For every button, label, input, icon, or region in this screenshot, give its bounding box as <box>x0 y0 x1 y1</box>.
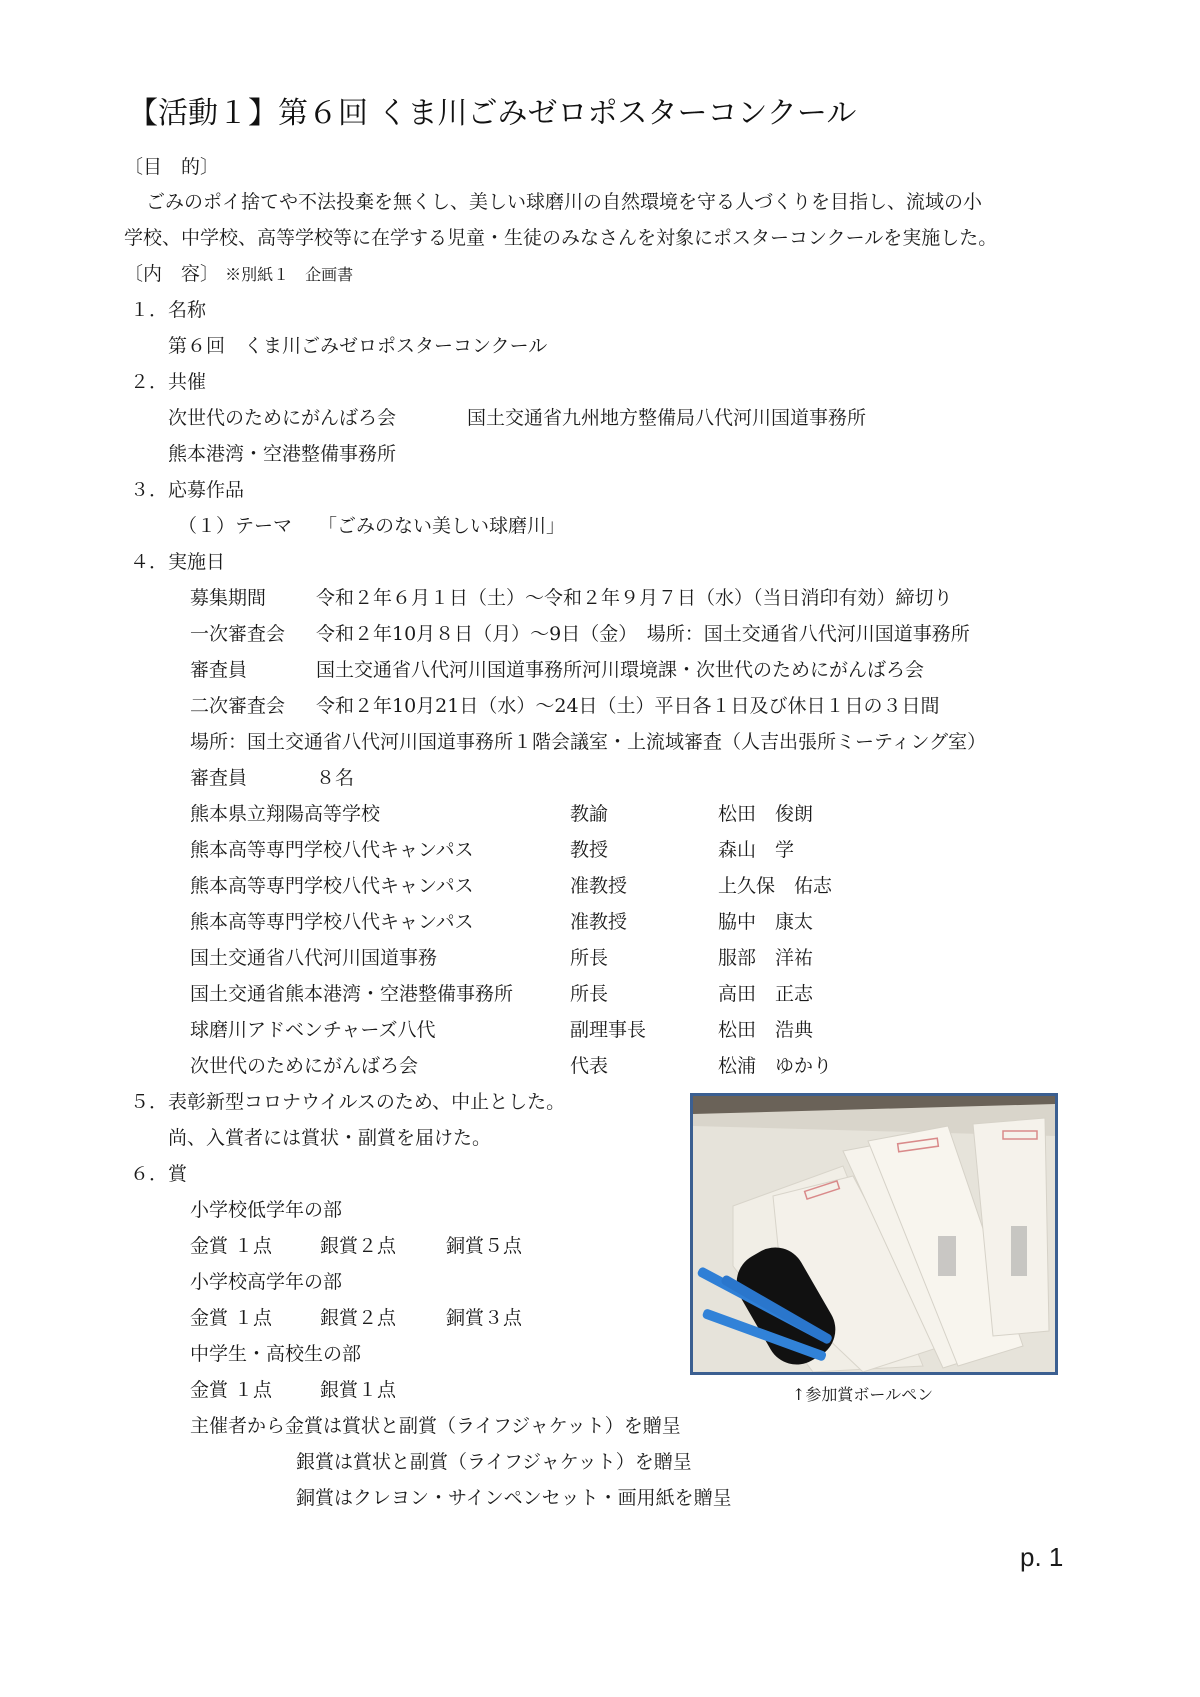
section-name-value: 第６回 くま川ごみゼロポスターコンクール <box>168 334 547 358</box>
purpose-line-2: 学校、中学校、高等学校等に在学する児童・生徒のみなさんを対象にポスターコンクール… <box>124 226 997 250</box>
judge-name: 松田 浩典 <box>718 1018 813 1042</box>
theme-label: （１）テーマ <box>178 514 292 538</box>
page-title: 【活動１】第６回 くま川ごみゼロポスターコンクール <box>128 88 856 132</box>
section-name-label: １．名称 <box>130 298 206 322</box>
judge-org: 熊本高等専門学校八代キャンパス <box>190 874 474 898</box>
section-cohost-label: ２．共催 <box>130 370 206 394</box>
purpose-line-1: ごみのポイ捨てや不法投棄を無くし、美しい球磨川の自然環境を守る人づくりを目指し、… <box>146 190 982 214</box>
judge-name: 森山 学 <box>718 838 794 862</box>
content-heading: 〔内 容〕 <box>124 263 219 285</box>
theme-value: 「ごみのない美しい球磨川」 <box>318 514 565 538</box>
division-name: 中学生・高校生の部 <box>190 1342 361 1366</box>
prize-photo <box>690 1093 1058 1375</box>
schedule-value: 国土交通省八代河川国道事務所河川環境課・次世代のためにがんばろ会 <box>316 658 924 682</box>
second-review-venue: 場所：国土交通省八代河川国道事務所１階会議室・上流域審査（人吉出張所ミーティング… <box>190 730 986 754</box>
bronze-award: 銅賞５点 <box>446 1234 522 1258</box>
judge-org: 次世代のためにがんばろ会 <box>190 1054 418 1078</box>
judge-role: 教諭 <box>570 802 608 826</box>
schedule-key: 二次審査会 <box>190 694 285 718</box>
schedule-key: 募集期間 <box>190 586 266 610</box>
judges-label: 審査員 <box>190 766 247 790</box>
judge-role: 所長 <box>570 946 608 970</box>
content-heading-row: 〔内 容〕 ※別紙１ 企画書 <box>124 262 353 287</box>
judge-org: 熊本高等専門学校八代キャンパス <box>190 910 474 934</box>
judge-name: 松浦 ゆかり <box>718 1054 832 1078</box>
silver-award: 銀賞２点 <box>320 1234 396 1258</box>
section-awards-label: ６．賞 <box>130 1162 187 1186</box>
judge-role: 代表 <box>570 1054 608 1078</box>
prize-line: 銀賞は賞状と副賞（ライフジャケット）を贈呈 <box>296 1450 692 1474</box>
ceremony-note: 尚、入賞者には賞状・副賞を届けた。 <box>168 1126 491 1150</box>
schedule-value: 令和２年10月８日（月）～9日（金） 場所：国土交通省八代河川国道事務所 <box>316 622 970 646</box>
judge-org: 熊本高等専門学校八代キャンパス <box>190 838 474 862</box>
judge-role: 教授 <box>570 838 608 862</box>
gold-award: 金賞 １点 <box>190 1234 272 1258</box>
judge-name: 上久保 佑志 <box>718 874 832 898</box>
judge-name: 松田 俊朗 <box>718 802 813 826</box>
judge-role: 副理事長 <box>570 1018 646 1042</box>
prize-line: 主催者から金賞は賞状と副賞（ライフジャケット）を贈呈 <box>190 1414 681 1438</box>
section-ceremony-label: ５．表彰新型コロナウイルスのため、中止とした。 <box>130 1090 565 1114</box>
gold-award: 金賞 １点 <box>190 1378 272 1402</box>
judge-name: 服部 洋祐 <box>718 946 813 970</box>
judge-role: 所長 <box>570 982 608 1006</box>
cohost-org-1: 次世代のためにがんばろ会 <box>168 406 396 430</box>
schedule-key: 一次審査会 <box>190 622 285 646</box>
gold-award: 金賞 １点 <box>190 1306 272 1330</box>
purpose-heading: 〔目 的〕 <box>124 155 219 179</box>
content-note: ※別紙１ 企画書 <box>225 265 353 284</box>
photo-caption: ↑参加賞ボールペン <box>792 1382 933 1405</box>
judge-name: 高田 正志 <box>718 982 813 1006</box>
bronze-award: 銅賞３点 <box>446 1306 522 1330</box>
judges-count: ８名 <box>316 766 354 790</box>
photo-envelopes-and-pens <box>693 1096 1055 1372</box>
schedule-key: 審査員 <box>190 658 247 682</box>
judge-org: 国土交通省八代河川国道事務 <box>190 946 437 970</box>
judge-role: 准教授 <box>570 910 627 934</box>
section-entries-label: ３．応募作品 <box>130 478 244 502</box>
judge-org: 熊本県立翔陽高等学校 <box>190 802 380 826</box>
silver-award: 銀賞２点 <box>320 1306 396 1330</box>
schedule-value: 令和２年６月１日（土）～令和２年９月７日（水）（当日消印有効）締切り <box>316 586 953 610</box>
page-number: p. 1 <box>1020 1542 1063 1573</box>
judge-org: 国土交通省熊本港湾・空港整備事務所 <box>190 982 513 1006</box>
judge-org: 球磨川アドベンチャーズ八代 <box>190 1018 435 1042</box>
judge-role: 准教授 <box>570 874 627 898</box>
cohost-org-2: 国土交通省九州地方整備局八代河川国道事務所 <box>467 406 866 430</box>
judge-name: 脇中 康太 <box>718 910 813 934</box>
silver-award: 銀賞１点 <box>320 1378 396 1402</box>
cohost-org-3: 熊本港湾・空港整備事務所 <box>168 442 396 466</box>
prize-line: 銅賞はクレヨン・サインペンセット・画用紙を贈呈 <box>296 1486 732 1510</box>
division-name: 小学校高学年の部 <box>190 1270 342 1294</box>
schedule-value: 令和２年10月21日（水）～24日（土）平日各１日及び休日１日の３日間 <box>316 694 940 718</box>
division-name: 小学校低学年の部 <box>190 1198 342 1222</box>
section-schedule-label: ４．実施日 <box>130 550 225 574</box>
